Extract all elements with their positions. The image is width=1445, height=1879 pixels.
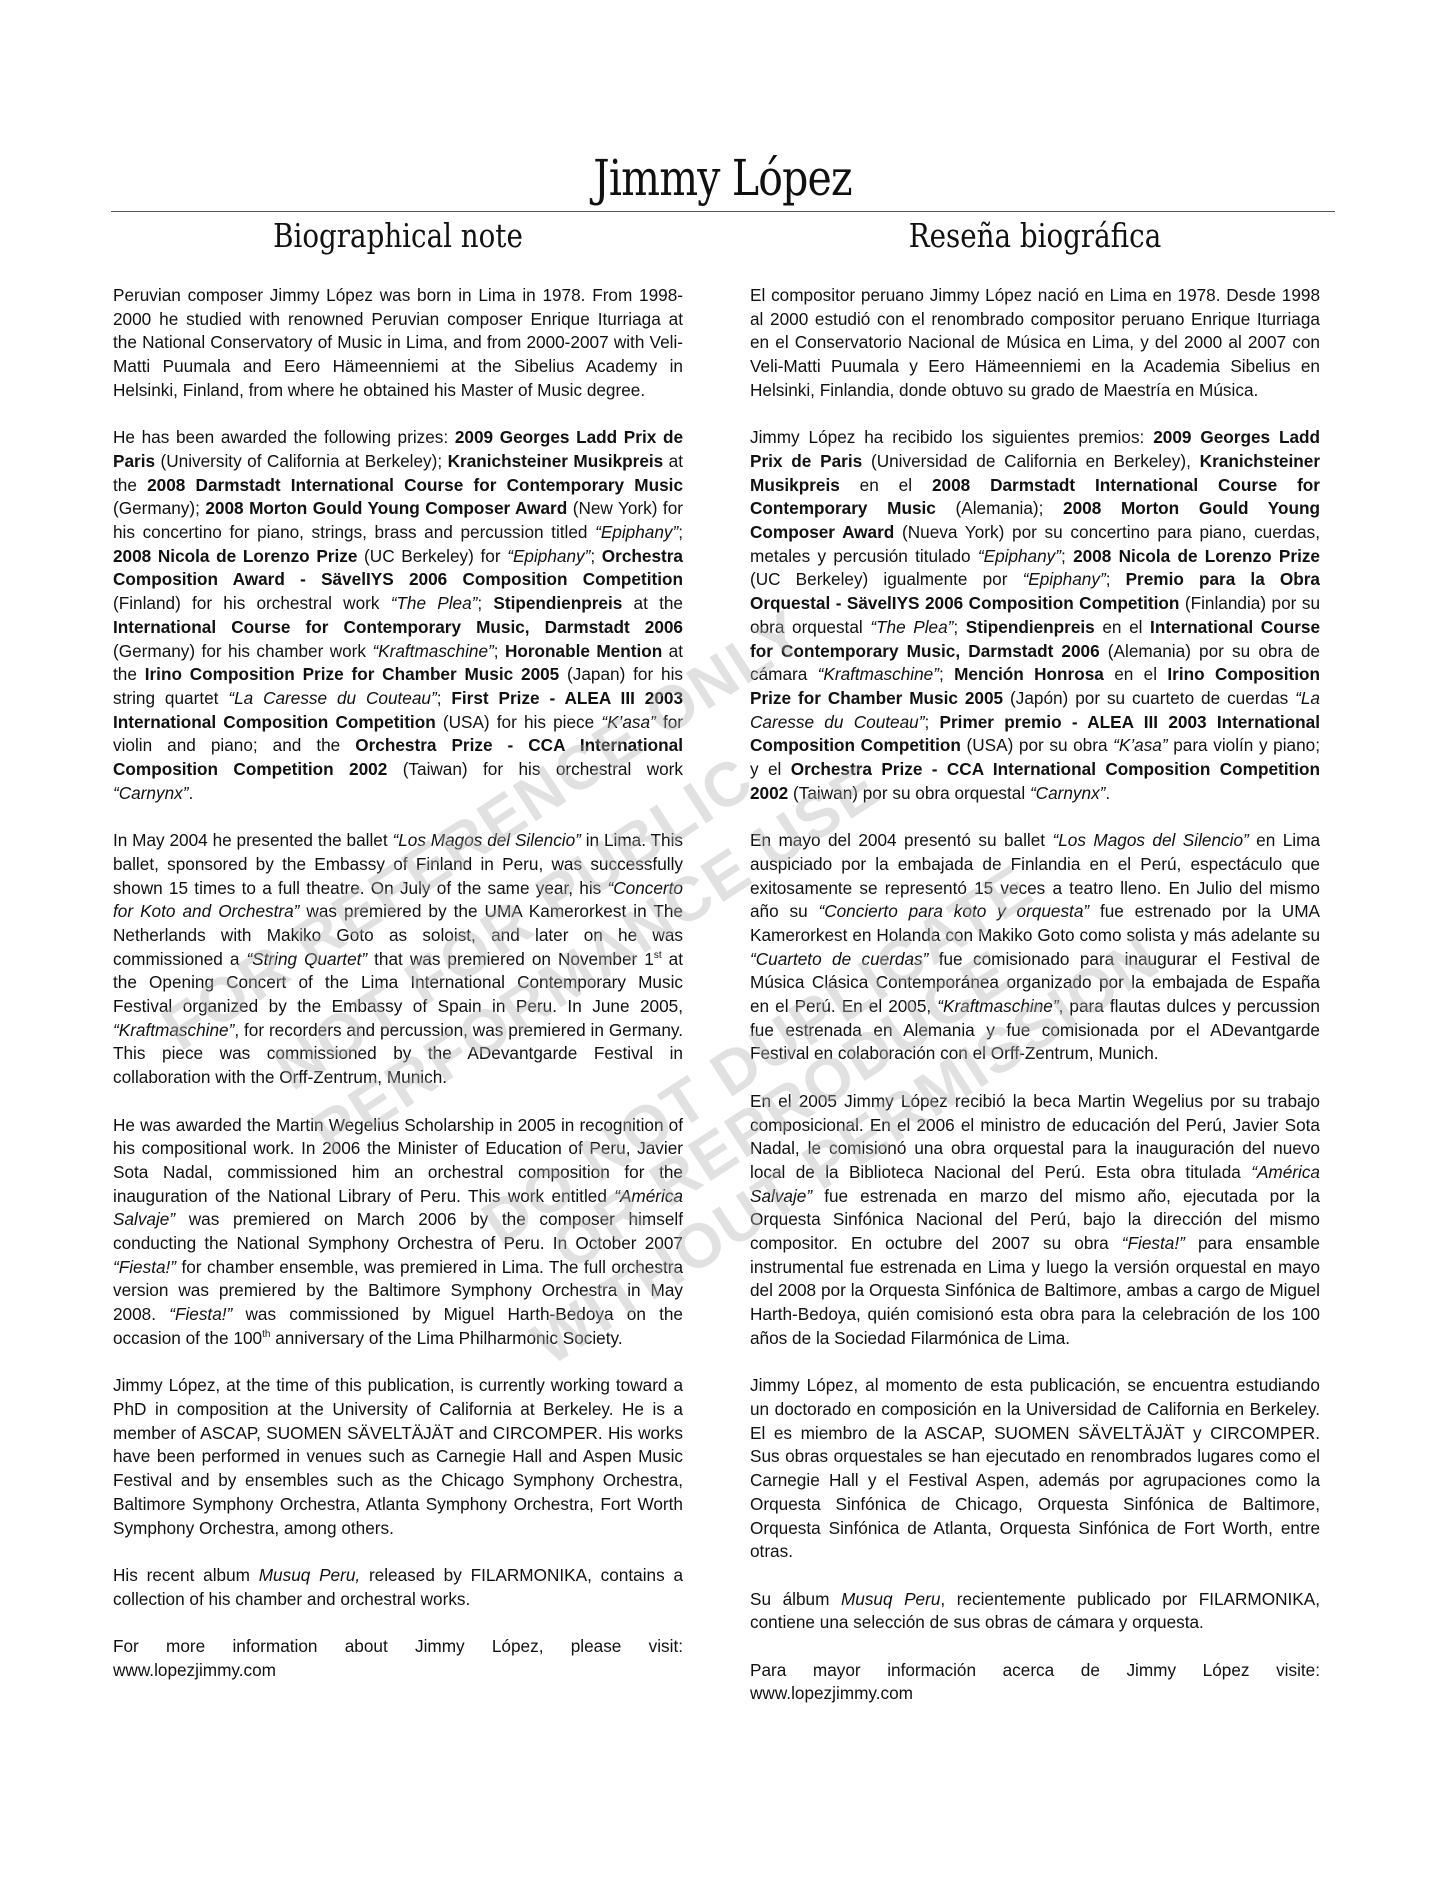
bio-paragraph: In May 2004 he presented the ballet “Los…	[113, 829, 683, 1090]
document-page: Jimmy López Biographical note Reseña bio…	[0, 0, 1445, 1879]
title-divider	[111, 211, 1335, 212]
bio-paragraph: Jimmy López, at the time of this publica…	[113, 1374, 683, 1540]
bio-paragraph: He has been awarded the following prizes…	[113, 426, 683, 805]
english-column: Peruvian composer Jimmy López was born i…	[113, 284, 683, 1706]
bio-paragraph: Su álbum Musuq Peru, recientemente publi…	[750, 1588, 1320, 1635]
bio-paragraph: El compositor peruano Jimmy López nació …	[750, 284, 1320, 403]
page-title: Jimmy López	[130, 148, 1315, 208]
bio-paragraph: For more information about Jimmy López, …	[113, 1635, 683, 1682]
bio-paragraph: Jimmy López ha recibido los siguientes p…	[750, 426, 1320, 805]
website-link[interactable]: www.lopezjimmy.com	[113, 1660, 276, 1680]
spanish-column: El compositor peruano Jimmy López nació …	[750, 284, 1320, 1730]
heading-biographical-note: Biographical note	[159, 214, 638, 258]
heading-resena-biografica: Reseña biográfica	[796, 214, 1275, 258]
bio-paragraph: Jimmy López, al momento de esta publicac…	[750, 1374, 1320, 1564]
bio-paragraph: En el 2005 Jimmy López recibió la beca M…	[750, 1090, 1320, 1351]
bio-paragraph: Para mayor información acerca de Jimmy L…	[750, 1659, 1320, 1706]
bio-paragraph: En mayo del 2004 presentó su ballet “Los…	[750, 829, 1320, 1066]
bio-paragraph: He was awarded the Martin Wegelius Schol…	[113, 1114, 683, 1351]
bio-paragraph: Peruvian composer Jimmy López was born i…	[113, 284, 683, 403]
website-link[interactable]: www.lopezjimmy.com	[750, 1683, 913, 1703]
bio-paragraph: His recent album Musuq Peru, released by…	[113, 1564, 683, 1611]
